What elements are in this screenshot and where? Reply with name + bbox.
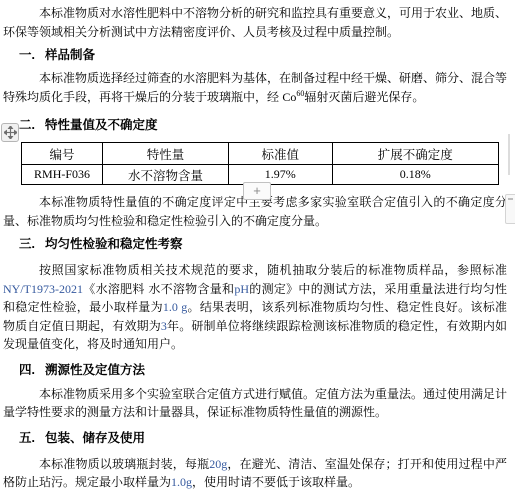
- section-3: 三.均匀性检验和稳定性考察按照国家标准物质相关技术规范的要求，随机抽取分装后的标…: [3, 237, 507, 354]
- paragraph: 按照国家标准物质相关技术规范的要求，随机抽取分装后的标准物质样品，参照标准NY/…: [3, 261, 507, 354]
- table-header-cell: 编号: [22, 143, 103, 165]
- highlighted-value: 20g: [209, 457, 227, 471]
- table-cell: RMH-F036: [22, 165, 103, 185]
- text-run: ，使用时请不要低于该取样量。: [192, 475, 360, 489]
- scrollbar-thumb[interactable]: [505, 194, 515, 224]
- highlighted-value: 1.0 g: [163, 300, 187, 314]
- section-3-heading: 三.均匀性检验和稳定性考察: [19, 237, 507, 252]
- section-2: 二.特性量值及不确定度编号特性量标准值扩展不确定度RMH-F036水不溶物含量1…: [3, 118, 507, 230]
- table-header-cell: 特性量: [103, 143, 229, 165]
- section-5: 五.包装、储存及使用本标准物质以玻璃瓶封装，每瓶20g，在避光、清洁、室温处保存…: [3, 431, 507, 492]
- section-4: 四.溯源性及定值方法本标准物质采用多个实验室联合定值方式进行赋值。定值方法为重量…: [3, 363, 507, 422]
- table-move-handle[interactable]: [1, 123, 19, 142]
- text-run: 本标准物质采用多个实验室联合定值方式进行赋值。定值方法为重量法。通过使用满足计量…: [3, 387, 507, 420]
- highlighted-value: NY/T1973-2021: [3, 282, 83, 296]
- section-title: 包装、储存及使用: [45, 431, 145, 445]
- table-header-cell: 扩展不确定度: [332, 143, 499, 165]
- section-1: 一.样品制备本标准物质选择经过筛查的水溶肥料为基体，在制备过程中经干燥、研磨、筛…: [3, 48, 507, 106]
- move-cross-arrows-icon: [4, 126, 17, 139]
- right-edge-rule: [508, 134, 510, 175]
- section-2-heading: 二.特性量值及不确定度: [19, 118, 507, 133]
- section-number: 二.: [19, 118, 35, 132]
- text-run: Co: [282, 90, 296, 104]
- section-number: 四.: [19, 363, 35, 377]
- text-run: 本标准物质对水溶性肥料中不溶物分析的研究和监控具有重要意义，可用于农业、地质、环…: [3, 6, 507, 39]
- intro-paragraph: 本标准物质对水溶性肥料中不溶物分析的研究和监控具有重要意义，可用于农业、地质、环…: [3, 4, 507, 41]
- highlighted-value: pH: [234, 282, 249, 296]
- characteristics-table: 编号特性量标准值扩展不确定度RMH-F036水不溶物含量1.97%0.18%: [21, 142, 499, 185]
- paragraph: 本标准物质选择经过筛查的水溶肥料为基体，在制备过程中经干燥、研磨、筛分、混合等特…: [3, 69, 507, 106]
- paragraph: 本标准物质采用多个实验室联合定值方式进行赋值。定值方法为重量法。通过使用满足计量…: [3, 385, 507, 422]
- table-header-cell: 标准值: [229, 143, 333, 165]
- section-1-heading: 一.样品制备: [19, 48, 507, 63]
- sections: 一.样品制备本标准物质选择经过筛查的水溶肥料为基体，在制备过程中经干燥、研磨、筛…: [3, 48, 507, 492]
- table-cell: 水不溶物含量: [103, 165, 229, 185]
- table-header-row: 编号特性量标准值扩展不确定度: [22, 143, 499, 165]
- section-title: 样品制备: [45, 48, 95, 62]
- text-run: 本标准物质以玻璃瓶封装，每瓶: [39, 457, 209, 471]
- section-title: 特性量值及不确定度: [45, 118, 158, 132]
- section-title: 溯源性及定值方法: [45, 363, 145, 377]
- document-page: { "colors": { "accent_blue": "#35599e", …: [0, 0, 515, 502]
- text-run: 按照国家标准物质相关技术规范的要求，随机抽取分装后的标准物质样品，参照标准: [39, 263, 507, 277]
- text-run: 本标准物质选择经过筛查的水溶肥料为基体，在制备过程中经干燥、研磨、筛分、混合等特…: [3, 71, 507, 104]
- section-title: 均匀性检验和稳定性考察: [45, 237, 183, 251]
- table-cell: 0.18%: [332, 165, 499, 185]
- section-number: 三.: [19, 237, 35, 251]
- text-run: 辐射灭菌后避光保存。: [304, 90, 424, 104]
- text-run: 《水溶肥料 水不溶物含量和: [83, 282, 234, 296]
- section-4-heading: 四.溯源性及定值方法: [19, 363, 507, 378]
- paragraph: 本标准物质以玻璃瓶封装，每瓶20g，在避光、清洁、室温处保存；打开和使用过程中严…: [3, 455, 507, 492]
- highlighted-value: 1.0g: [171, 475, 192, 489]
- section-number: 五.: [19, 431, 35, 445]
- section-5-heading: 五.包装、储存及使用: [19, 431, 507, 446]
- table-insert-row-button[interactable]: +: [243, 182, 271, 200]
- section-number: 一.: [19, 48, 35, 62]
